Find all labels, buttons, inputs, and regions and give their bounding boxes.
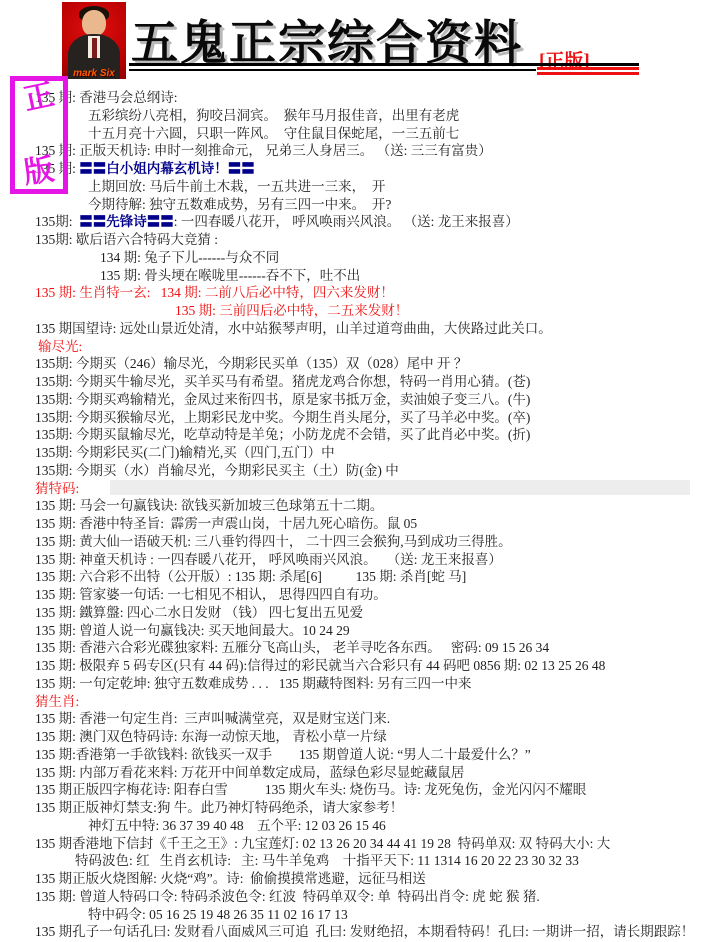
- text-segment: 135 期:香港第一手欲钱料: 欲钱买一双手 135 期曾道人说: “男人二十最…: [35, 747, 531, 762]
- text-line: 135 期正版神灯禁支:狗 牛。此乃神灯特码绝杀，请大家参考！: [0, 799, 721, 817]
- text-segment: : 一四春暖八花开， 呼风唤雨兴风浪。 （送: 龙王来报喜）: [174, 214, 519, 229]
- text-segment: 135期:: [35, 214, 79, 229]
- text-line: 135 期: 管家婆一句话: 一七相见不相认， 思得四四自有功。: [0, 586, 721, 604]
- text-segment: 135 期孔子一句话孔曰: 发财看八面威风三可追 孔曰: 发财绝招，本期看特码！…: [35, 924, 694, 939]
- text-line: 输尽光:: [0, 338, 721, 356]
- title-underline-black-bottom: [129, 69, 536, 71]
- title-underline-black-top: [129, 63, 639, 66]
- text-line: 今期待解: 独守五数难成势，另有三四一中来。 开?: [0, 196, 721, 214]
- edition-side-box: 正 版: [10, 76, 68, 194]
- text-segment: 135 期正版火烧图解: 火烧“鸡”。诗: 偷偷摸摸常逃避，远征马相送: [35, 871, 426, 886]
- text-line: 135 期: 一句定乾坤: 独守五数难成势 . . . 135 期藏特图料: 另…: [0, 675, 721, 693]
- text-line: 135期: 〓〓先锋诗〓〓: 一四春暖八花开， 呼风唤雨兴风浪。 （送: 龙王来…: [0, 213, 721, 231]
- text-line: 135期: 歇后语六合特码大竞猜 :: [0, 231, 721, 249]
- text-line: 135期: 今期买（水）肖输尽光，今期彩民买主（土）防(金) 中: [0, 462, 721, 480]
- text-segment: 十五月亮十六圆，只职一阵风。 守住鼠目保蛇尾，一三五前七: [88, 126, 459, 141]
- text-line: 135 期: 六合彩不出特（公开版）: 135 期: 杀尾[6] 135 期: …: [0, 568, 721, 586]
- text-segment: 135 期: 正版天机诗: 申时一刻推命元， 兄弟三人身居三。 （送: 三三有富…: [35, 143, 492, 158]
- text-segment: 135期: 今期彩民买(二门)输精光,买（四门,五门）中: [35, 445, 335, 460]
- text-segment: 135 期国望诗: 远处山景近处清，水中站猴琴声明，山羊过道弯曲曲，大侠路过此关…: [35, 321, 552, 336]
- text-segment: 135 期: 内部万看花来料: 万花开中间单数定成局，蓝绿色彩尽显蛇藏鼠居: [35, 765, 464, 780]
- text-line: 135 期: 曾道人特码口令: 特码杀波色令: 红波 特码单双令: 单 特码出肖…: [0, 888, 721, 906]
- text-segment: 135 期: 鐵算盤: 四心二水日发财 （钱） 四七复出五见爱: [35, 605, 363, 620]
- text-line: 135 期: 曾道人说一句赢钱决: 买天地间最大。10 24 29: [0, 622, 721, 640]
- portrait-tie: [92, 38, 97, 58]
- side-box-char-top: 正: [21, 80, 57, 116]
- text-segment: 135 期正版四字梅花诗: 阳春白雪 135 期火车头: 烧伤马。诗: 龙死兔伤…: [35, 782, 586, 797]
- text-line: 135期: 今期买鸡输精光，金凤过来衔四书，原是家书抵万金，卖油娘子变三八。(牛…: [0, 391, 721, 409]
- text-segment: 135 期: 香港六合彩光碟独家料: 五雁分飞高山头， 老羊寻吃各东西。 密码:…: [35, 640, 549, 655]
- text-line: 135 期: 香港中特圣旨: 霹雳一声震山岗，十居九死心暗伤。鼠 05: [0, 515, 721, 533]
- text-line: 135 期正版火烧图解: 火烧“鸡”。诗: 偷偷摸摸常逃避，远征马相送: [0, 870, 721, 888]
- text-line: 135期: 今期彩民买(二门)输精光,买（四门,五门）中: [0, 444, 721, 462]
- text-segment: 输尽光:: [38, 339, 82, 354]
- document-lines: 135 期: 香港马会总纲诗:五彩缤纷八亮相，狗咬吕洞宾。 猴年马月报佳音，出里…: [0, 89, 721, 941]
- text-segment: 135 期: 香港中特圣旨: 霹雳一声震山岗，十居九死心暗伤。鼠 05: [35, 516, 417, 531]
- text-line: 神灯五中特: 36 37 39 40 48 五个平: 12 03 26 15 4…: [0, 817, 721, 835]
- text-segment: 135 期正版神灯禁支:狗 牛。此乃神灯特码绝杀，请大家参考！: [35, 800, 403, 815]
- text-segment: 今期待解: 独守五数难成势，另有三四一中来。 开?: [88, 197, 391, 212]
- text-line: 135 期: 正版天机诗: 申时一刻推命元， 兄弟三人身居三。 （送: 三三有富…: [0, 142, 721, 160]
- text-segment: 135期: 今期买（246）输尽光，今期彩民买单（135）双（028）尾中 开 …: [35, 356, 467, 371]
- text-line: 135 期: 香港六合彩光碟独家料: 五雁分飞高山头， 老羊寻吃各东西。 密码:…: [0, 639, 721, 657]
- text-segment: 特中码令: 05 16 25 19 48 26 35 11 02 16 17 1…: [88, 907, 348, 922]
- text-segment: 135期: 歇后语六合特码大竞猜 :: [35, 232, 218, 247]
- text-segment: 135 期: 六合彩不出特（公开版）: 135 期: 杀尾[6] 135 期: …: [35, 569, 466, 584]
- text-segment: 135期: 今期买鸡输精光，金凤过来衔四书，原是家书抵万金，卖油娘子变三八。(牛…: [35, 392, 530, 407]
- text-line: 五彩缤纷八亮相，狗咬吕洞宾。 猴年马月报佳音，出里有老虎: [0, 107, 721, 125]
- text-segment: 135 期: 骨头埂在喉咙里------吞不下，吐不出: [100, 268, 360, 283]
- text-line: 135 期: 澳门双色特码诗: 东海一动惊天地， 青松小草一片绿: [0, 728, 721, 746]
- text-line: 135 期: 马会一句赢钱诀: 欲钱买新加坡三色球第五十二期。: [0, 497, 721, 515]
- text-line: 135期: 今期买牛输尽光，买羊买马有希望。猪虎龙鸡合你想，特码一肖用心猜。(苍…: [0, 373, 721, 391]
- text-line: 135 期正版四字梅花诗: 阳春白雪 135 期火车头: 烧伤马。诗: 龙死兔伤…: [0, 781, 721, 799]
- text-segment: 特码波色: 红 生肖玄机诗: 主: 马牛羊兔鸡 十指平天下: 11 1314 1…: [75, 853, 579, 868]
- text-line: 135 期: 香港马会总纲诗:: [0, 89, 721, 107]
- text-segment: 135 期: 三前四后必中特，二五来发财！: [175, 303, 408, 318]
- text-line: 135 期: 香港一句定生肖: 三声叫喊满堂亮，双是财宝送门来.: [0, 710, 721, 728]
- text-segment: 135 期: 香港一句定生肖: 三声叫喊满堂亮，双是财宝送门来.: [35, 711, 390, 726]
- text-line: 135 期: 骨头埂在喉咙里------吞不下，吐不出: [0, 267, 721, 285]
- text-segment: 135 期: 马会一句赢钱诀: 欲钱买新加坡三色球第五十二期。: [35, 498, 383, 513]
- text-line: 特码波色: 红 生肖玄机诗: 主: 马牛羊兔鸡 十指平天下: 11 1314 1…: [0, 852, 721, 870]
- text-segment: 135 期: 黄大仙一语破天机: 三八垂钓得四十， 二十四三会猴狗,马到成功三得…: [35, 534, 512, 549]
- text-segment: 〓〓先锋诗〓〓: [79, 214, 174, 229]
- text-line: 135 期孔子一句话孔曰: 发财看八面威风三可追 孔曰: 发财绝招，本期看特码！…: [0, 923, 721, 941]
- text-segment: 135期: 今期买牛输尽光，买羊买马有希望。猪虎龙鸡合你想，特码一肖用心猜。(苍…: [35, 374, 530, 389]
- text-segment: 135 期: 澳门双色特码诗: 东海一动惊天地， 青松小草一片绿: [35, 729, 387, 744]
- text-line: 135 期: 鐵算盤: 四心二水日发财 （钱） 四七复出五见爱: [0, 604, 721, 622]
- title-underline-red-top: [537, 67, 639, 70]
- text-segment: 〓〓白小姐内幕玄机诗！〓〓: [79, 161, 255, 176]
- text-line: 134 期: 兔子下儿------与众不同: [0, 249, 721, 267]
- text-line: 135期: 今期买猴输尽光，上期彩民龙中奖。今期生肖头尾分，买了马羊必中奖。(卒…: [0, 409, 721, 427]
- text-line: 135 期: 神童天机诗 : 一四春暖八花开， 呼风唤雨兴风浪。 （送: 龙王来…: [0, 551, 721, 569]
- text-line: 猜生肖:: [0, 693, 721, 711]
- text-line: 135 期香港地下信封《千王之王》: 九宝莲灯: 02 13 26 20 34 …: [0, 835, 721, 853]
- text-line: 135 期: 〓〓白小姐内幕玄机诗！〓〓: [0, 160, 721, 178]
- text-line: 上期回放: 马后牛前土木栽，一五共进一三来， 开: [0, 178, 721, 196]
- portrait-photo: mark Six: [62, 2, 126, 79]
- text-segment: 135 期: 曾道人特码口令: 特码杀波色令: 红波 特码单双令: 单 特码出肖…: [35, 889, 540, 904]
- text-segment: 猜生肖:: [35, 694, 79, 709]
- text-segment: 135期: 今期买（水）肖输尽光，今期彩民买主（土）防(金) 中: [35, 463, 399, 478]
- text-segment: 134 期: 兔子下儿------与众不同: [100, 250, 279, 265]
- text-segment: 135 期香港地下信封《千王之王》: 九宝莲灯: 02 13 26 20 34 …: [35, 836, 610, 851]
- text-line: 135 期: 内部万看花来料: 万花开中间单数定成局，蓝绿色彩尽显蛇藏鼠居: [0, 764, 721, 782]
- text-line: 135 期: 极限弃 5 码专区(只有 44 码):信得过的彩民就当六合彩只有 …: [0, 657, 721, 675]
- text-segment: 135 期: 一句定乾坤: 独守五数难成势 . . . 135 期藏特图料: 另…: [35, 676, 472, 691]
- text-segment: 135 期: 管家婆一句话: 一七相见不相认， 思得四四自有功。: [35, 587, 387, 602]
- text-segment: 135 期: 生肖特一玄: 134 期: 二前八后必中特，四六来发财！: [35, 285, 394, 300]
- text-line: 135期: 今期买（246）输尽光，今期彩民买单（135）双（028）尾中 开 …: [0, 355, 721, 373]
- text-segment: 五彩缤纷八亮相，狗咬吕洞宾。 猴年马月报佳音，出里有老虎: [88, 108, 459, 123]
- text-segment: 神灯五中特: 36 37 39 40 48 五个平: 12 03 26 15 4…: [88, 818, 386, 833]
- text-line: 135 期: 生肖特一玄: 134 期: 二前八后必中特，四六来发财！: [0, 284, 721, 302]
- text-segment: 135 期: 曾道人说一句赢钱决: 买天地间最大。10 24 29: [35, 623, 350, 638]
- portrait-caption: mark Six: [62, 68, 126, 79]
- text-line: 135 期: 三前四后必中特，二五来发财！: [0, 302, 721, 320]
- text-segment: 135 期: 神童天机诗 : 一四春暖八花开， 呼风唤雨兴风浪。 （送: 龙王来…: [35, 552, 502, 567]
- portrait-face: [82, 10, 106, 36]
- text-line: 十五月亮十六圆，只职一阵风。 守住鼠目保蛇尾，一三五前七: [0, 125, 721, 143]
- text-line: 135 期:香港第一手欲钱料: 欲钱买一双手 135 期曾道人说: “男人二十最…: [0, 746, 721, 764]
- side-box-char-bottom: 版: [22, 155, 56, 189]
- text-segment: 猜特码:: [35, 481, 79, 496]
- text-line: 猜特码:: [0, 480, 721, 498]
- text-line: 135 期: 黄大仙一语破天机: 三八垂钓得四十， 二十四三会猴狗,马到成功三得…: [0, 533, 721, 551]
- text-line: 135 期国望诗: 远处山景近处清，水中站猴琴声明，山羊过道弯曲曲，大侠路过此关…: [0, 320, 721, 338]
- title-underline-red-bottom: [537, 72, 639, 75]
- text-segment: 135期: 今期买鼠输尽光，吃草动特是羊兔；小防龙虎不会错，买了此肖必中奖。(折…: [35, 427, 530, 442]
- text-line: 135期: 今期买鼠输尽光，吃草动特是羊兔；小防龙虎不会错，买了此肖必中奖。(折…: [0, 426, 721, 444]
- text-segment: 上期回放: 马后牛前土木栽，一五共进一三来， 开: [88, 179, 385, 194]
- text-segment: 135 期: 极限弃 5 码专区(只有 44 码):信得过的彩民就当六合彩只有 …: [35, 658, 605, 673]
- text-segment: 135期: 今期买猴输尽光，上期彩民龙中奖。今期生肖头尾分，买了马羊必中奖。(卒…: [35, 410, 530, 425]
- text-line: 特中码令: 05 16 25 19 48 26 35 11 02 16 17 1…: [0, 906, 721, 924]
